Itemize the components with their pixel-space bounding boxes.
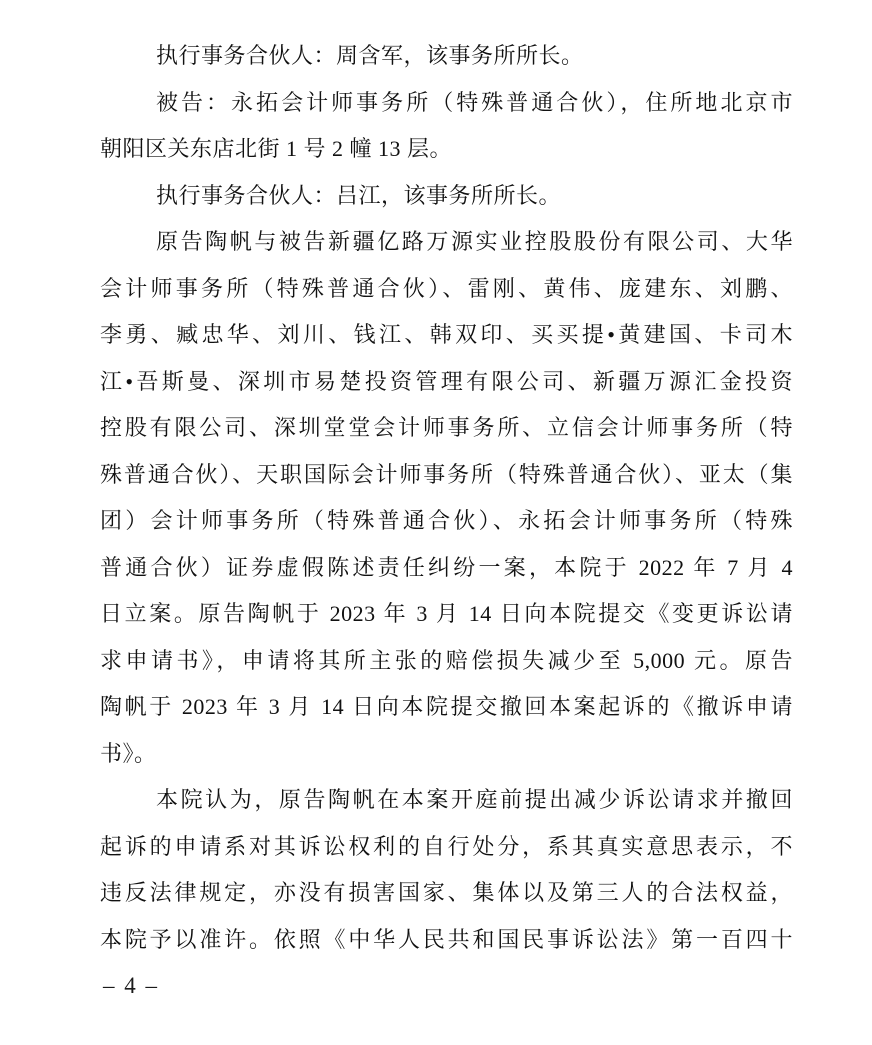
text-line: 本院予以准许。依照《中华人民共和国民事诉讼法》第一百四十 <box>100 917 793 964</box>
text-line: 普通合伙）证券虚假陈述责任纠纷一案，本院于 2022 年 7 月 4 <box>100 545 793 592</box>
text-line: 会计师事务所（特殊普通合伙）、雷刚、黄伟、庞建东、刘鹏、 <box>100 266 793 313</box>
text-line: 朝阳区关东店北街 1 号 2 幢 13 层。 <box>100 126 793 173</box>
document-body: 执行事务合伙人：周含军，该事务所所长。被告：永拓会计师事务所（特殊普通合伙），住… <box>100 33 793 963</box>
text-line: 起诉的申请系对其诉讼权利的自行处分，系其真实意思表示，不 <box>100 824 793 871</box>
text-line: 李勇、臧忠华、刘川、钱江、韩双印、买买提•黄建国、卡司木 <box>100 312 793 359</box>
text-line: 书》。 <box>100 731 793 778</box>
text-line: 原告陶帆与被告新疆亿路万源实业控股股份有限公司、大华 <box>100 219 793 266</box>
text-line: 控股有限公司、深圳堂堂会计师事务所、立信会计师事务所（特 <box>100 405 793 452</box>
text-line: 江•吾斯曼、深圳市易楚投资管理有限公司、新疆万源汇金投资 <box>100 359 793 406</box>
document-page: 执行事务合伙人：周含军，该事务所所长。被告：永拓会计师事务所（特殊普通合伙），住… <box>0 0 872 1045</box>
text-line: 陶帆于 2023 年 3 月 14 日向本院提交撤回本案起诉的《撤诉申请 <box>100 684 793 731</box>
text-line: 本院认为，原告陶帆在本案开庭前提出减少诉讼请求并撤回 <box>100 777 793 824</box>
text-line: 团）会计师事务所（特殊普通合伙）、永拓会计师事务所（特殊 <box>100 498 793 545</box>
text-line: 殊普通合伙）、天职国际会计师事务所（特殊普通合伙）、亚太（集 <box>100 452 793 499</box>
page-number: – 4 – <box>103 970 159 1002</box>
text-line: 执行事务合伙人：周含军，该事务所所长。 <box>100 33 793 80</box>
text-line: 日立案。原告陶帆于 2023 年 3 月 14 日向本院提交《变更诉讼请 <box>100 591 793 638</box>
text-line: 被告：永拓会计师事务所（特殊普通合伙），住所地北京市 <box>100 80 793 127</box>
text-line: 执行事务合伙人：吕江，该事务所所长。 <box>100 173 793 220</box>
text-line: 求申请书》，申请将其所主张的赔偿损失减少至 5,000 元。原告 <box>100 638 793 685</box>
text-line: 违反法律规定，亦没有损害国家、集体以及第三人的合法权益， <box>100 870 793 917</box>
